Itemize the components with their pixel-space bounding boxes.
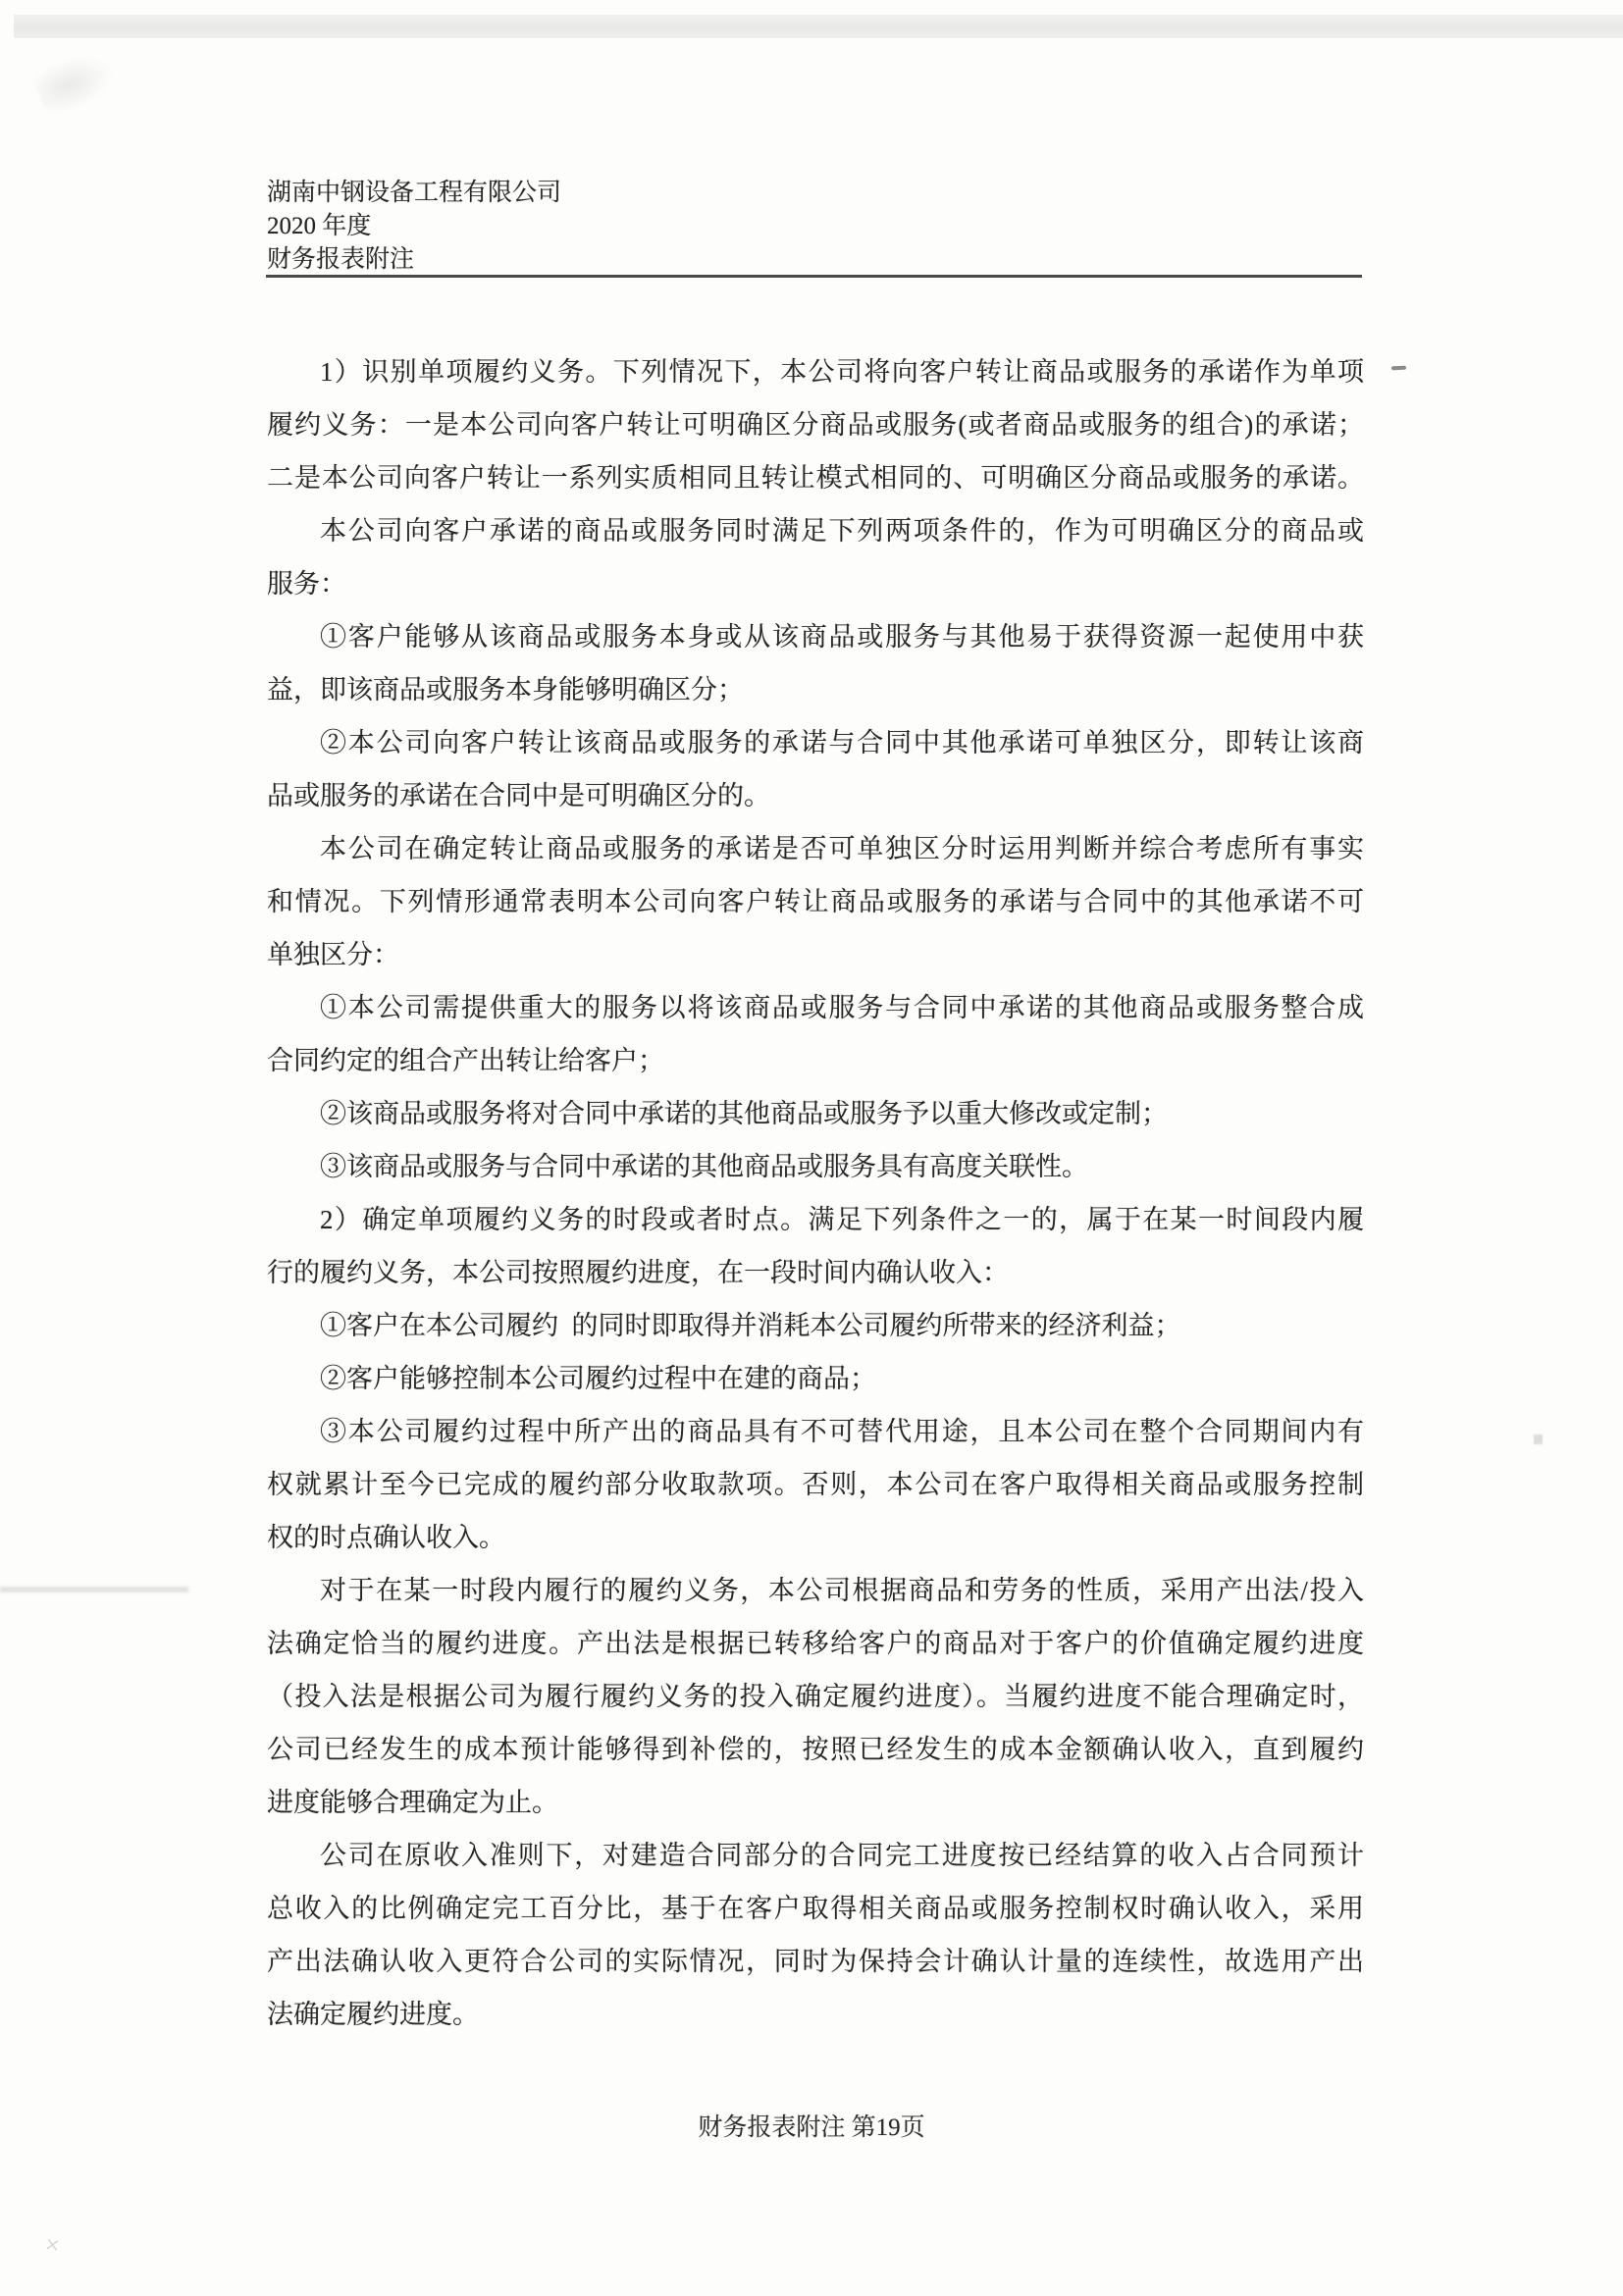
text-line: ②本公司向客户转让该商品或服务的承诺与合同中其他承诺可单独区分，即转让该商 xyxy=(267,716,1364,769)
document-page: 湖南中钢设备工程有限公司 2020 年度 财务报表附注 1）识别单项履约义务。下… xyxy=(0,0,1623,2296)
text-line: 权就累计至今已完成的履约部分收取款项。否则，本公司在客户取得相关商品或服务控制 xyxy=(267,1458,1364,1511)
footer-text: 财务报表附注 第19页 xyxy=(698,2114,924,2141)
text-line: 履约义务：一是本公司向客户转让可明确区分商品或服务(或者商品或服务的组合)的承诺… xyxy=(267,398,1364,451)
text-line: 产出法确认收入更符合公司的实际情况，同时为保持会计确认计量的连续性，故选用产出 xyxy=(267,1935,1364,1988)
text-line: 公司在原收入准则下，对建造合同部分的合同完工进度按已经结算的收入占合同预计 xyxy=(267,1829,1364,1882)
report-title: 财务报表附注 xyxy=(267,243,561,277)
text-line: 二是本公司向客户转让一系列实质相同且转让模式相同的、可明确区分商品或服务的承诺。 xyxy=(267,451,1364,504)
text-line: 公司已经发生的成本预计能够得到补偿的，按照已经发生的成本金额确认收入，直到履约 xyxy=(267,1723,1364,1776)
text-line: 行的履约义务，本公司按照履约进度，在一段时间内确认收入： xyxy=(267,1246,1364,1299)
text-line: 和情况。下列情形通常表明本公司向客户转让商品或服务的承诺与合同中的其他承诺不可 xyxy=(267,875,1364,928)
text-line: 进度能够合理确定为止。 xyxy=(267,1776,1364,1829)
corner-mark-artifact: × xyxy=(44,2234,69,2259)
text-line: （投入法是根据公司为履行履约义务的投入确定履约进度）。当履约进度不能合理确定时， xyxy=(267,1670,1364,1723)
text-line: ①本公司需提供重大的服务以将该商品或服务与合同中承诺的其他商品或服务整合成 xyxy=(267,981,1364,1034)
text-line: 本公司在确定转让商品或服务的承诺是否可单独区分时运用判断并综合考虑所有事实 xyxy=(267,822,1364,875)
text-line: 合同约定的组合产出转让给客户； xyxy=(267,1034,1364,1087)
text-line: 益，即该商品或服务本身能够明确区分； xyxy=(267,663,1364,716)
report-header: 湖南中钢设备工程有限公司 2020 年度 财务报表附注 xyxy=(267,177,561,277)
header-divider xyxy=(266,275,1362,278)
text-line: 2）确定单项履约义务的时段或者时点。满足下列条件之一的，属于在某一时间段内履 xyxy=(267,1193,1364,1246)
text-line: ①客户在本公司履约 的同时即取得并消耗本公司履约所带来的经济利益； xyxy=(267,1299,1364,1352)
report-year: 2020 年度 xyxy=(267,210,561,243)
pencil-dash-mark xyxy=(1391,366,1406,371)
text-line: 服务： xyxy=(267,557,1364,610)
text-line: 法确定恰当的履约进度。产出法是根据已转移给客户的商品对于客户的价值确定履约进度 xyxy=(267,1617,1364,1670)
text-line: ①客户能够从该商品或服务本身或从该商品或服务与其他易于获得资源一起使用中获 xyxy=(267,610,1364,663)
notes-body: 1）识别单项履约义务。下列情况下，本公司将向客户转让商品或服务的承诺作为单项履约… xyxy=(267,345,1364,2041)
company-name: 湖南中钢设备工程有限公司 xyxy=(267,177,561,210)
text-line: 法确定履约进度。 xyxy=(267,1988,1364,2041)
text-line: ②该商品或服务将对合同中承诺的其他商品或服务予以重大修改或定制； xyxy=(267,1087,1364,1140)
text-line: ③该商品或服务与合同中承诺的其他商品或服务具有高度关联性。 xyxy=(267,1140,1364,1193)
text-line: 总收入的比例确定完工百分比，基于在客户取得相关商品或服务控制权时确认收入，采用 xyxy=(267,1882,1364,1935)
text-line: ③本公司履约过程中所产出的商品具有不可替代用途，且本公司在整个合同期间内有 xyxy=(267,1405,1364,1458)
text-line: 对于在某一时段内履行的履约义务，本公司根据商品和劳务的性质，采用产出法/投入 xyxy=(267,1564,1364,1617)
text-line: 权的时点确认收入。 xyxy=(267,1511,1364,1564)
edge-tick-artifact xyxy=(1534,1435,1543,1444)
page-footer: 财务报表附注 第19页 xyxy=(0,2108,1623,2143)
text-line: 单独区分： xyxy=(267,928,1364,981)
scan-artifact-top-band xyxy=(14,15,1623,38)
text-line: 品或服务的承诺在合同中是可明确区分的。 xyxy=(267,769,1364,822)
text-line: 本公司向客户承诺的商品或服务同时满足下列两项条件的，作为可明确区分的商品或 xyxy=(267,504,1364,557)
scan-streak-artifact xyxy=(0,1587,188,1592)
text-line: 1）识别单项履约义务。下列情况下，本公司将向客户转让商品或服务的承诺作为单项 xyxy=(267,345,1364,398)
text-line: ②客户能够控制本公司履约过程中在建的商品； xyxy=(267,1352,1364,1405)
scan-smudge-mark xyxy=(30,45,120,120)
